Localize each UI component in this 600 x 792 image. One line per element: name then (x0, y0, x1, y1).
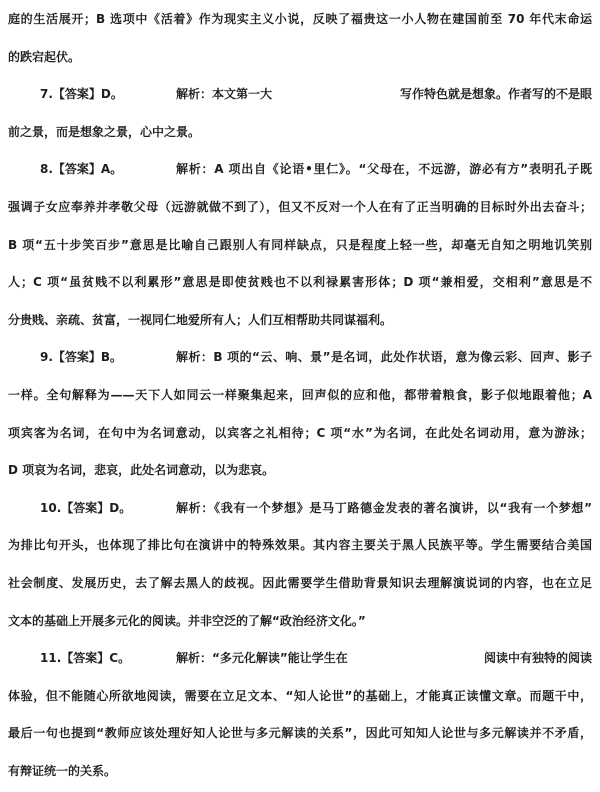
body-text: 有辩证统一的关系。 (8, 764, 116, 778)
text-line: 人；C 项“虽贫贱不以利累形”意思是即使贫贱也不以利禄累害形体；D 项“兼相爱，… (8, 264, 592, 302)
answer-label: 9.【答案】B。 (40, 339, 176, 377)
body-text: 为排比句开头，也体现了排比句在演讲中的特殊效果。其内容主要关于黑人民族平等。学生… (8, 538, 592, 552)
document-page: 庭的生活展开；B 选项中《活着》作为现实主义小说，反映了福贵这一小人物在建国前至… (0, 0, 600, 790)
text-line: 10.【答案】D。解析：《我有一个梦想》是马丁路德金发表的著名演讲，以“我有一个… (8, 490, 592, 528)
body-text: B 项“五十步笑百步”意思是比喻自己跟别人有同样缺点，只是程度上轻一些，却毫无自… (8, 238, 592, 252)
text-line: D 项哀为名词，悲哀，此处名词意动，以为悲哀。 (8, 452, 592, 490)
text-line: 11.【答案】C。解析：“多元化解读”能让学生在阅读中有独特的阅读 (8, 640, 592, 678)
body-text: 的跌宕起伏。 (8, 50, 80, 64)
answer-label: 10.【答案】D。 (40, 490, 176, 528)
text-line: 一样。全句解释为——天下人如同云一样聚集起来，回声似的应和他，都带着粮食，影子似… (8, 377, 592, 415)
body-text: 庭的生活展开；B 选项中《活着》作为现实主义小说，反映了福贵这一小人物在建国前至… (8, 12, 592, 26)
text-line: 项宾客为名词，在句中为名词意动，以宾客之礼相待；C 项“水”为名词，在此处名词动… (8, 415, 592, 453)
answer-label: 8.【答案】A。 (40, 151, 176, 189)
body-text: 文本的基础上开展多元化的阅读。并非空泛的了解“政治经济文化。” (8, 614, 366, 628)
body-text: 社会制度、发展历史，去了解去黑人的歧视。因此需要学生借助背景知识去理解演说词的内… (8, 576, 592, 590)
text-line: 社会制度、发展历史，去了解去黑人的歧视。因此需要学生借助背景知识去理解演说词的内… (8, 565, 592, 603)
body-text: 前之景，而是想象之景，心中之景。 (8, 125, 200, 139)
analysis-text: 阅读中有独特的阅读 (484, 640, 592, 678)
body-text: 一样。全句解释为——天下人如同云一样聚集起来，回声似的应和他，都带着粮食，影子似… (8, 388, 592, 402)
text-line: 8.【答案】A。解析：A 项出自《论语•里仁》。“父母在，不远游，游必有方”表明… (8, 151, 592, 189)
analysis-text: 解析：本文第一大 (176, 76, 272, 114)
text-line: 最后一句也提到“教师应该处理好知人论世与多元解读的关系”，因此可知知人论世与多元… (8, 715, 592, 753)
text-line: 体验，但不能随心所欲地阅读，需要在立足文本、“知人论世”的基础上，才能真正读懂文… (8, 678, 592, 716)
text-line: 强调子女应奉养并孝敬父母（远游就做不到了），但又不反对一个人在有了正当明确的目标… (8, 189, 592, 227)
text-line: 7.【答案】D。解析：本文第一大写作特色就是想象。作者写的不是眼 (8, 76, 592, 114)
body-text: 项宾客为名词，在句中为名词意动，以宾客之礼相待；C 项“水”为名词，在此处名词动… (8, 426, 592, 440)
text-line: 前之景，而是想象之景，心中之景。 (8, 114, 592, 152)
body-text: 体验，但不能随心所欲地阅读，需要在立足文本、“知人论世”的基础上，才能真正读懂文… (8, 689, 592, 703)
text-line: 分贵贱、亲疏、贫富，一视同仁地爱所有人；人们互相帮助共同谋福利。 (8, 302, 592, 340)
analysis-text: 写作特色就是想象。作者写的不是眼 (400, 76, 592, 114)
analysis-text: 解析：A 项出自《论语•里仁》。“父母在，不远游，游必有方”表明孔子既 (176, 151, 592, 189)
answer-label: 7.【答案】D。 (40, 76, 176, 114)
body-text: 人；C 项“虽贫贱不以利累形”意思是即使贫贱也不以利禄累害形体；D 项“兼相爱，… (8, 275, 592, 289)
analysis-text: 解析：“多元化解读”能让学生在 (176, 640, 348, 678)
body-text: 强调子女应奉养并孝敬父母（远游就做不到了），但又不反对一个人在有了正当明确的目标… (8, 200, 592, 214)
text-line: 庭的生活展开；B 选项中《活着》作为现实主义小说，反映了福贵这一小人物在建国前至… (8, 1, 592, 39)
text-line: 文本的基础上开展多元化的阅读。并非空泛的了解“政治经济文化。” (8, 603, 592, 641)
text-line: B 项“五十步笑百步”意思是比喻自己跟别人有同样缺点，只是程度上轻一些，却毫无自… (8, 227, 592, 265)
analysis-text: 解析：B 项的“云、响、景”是名词，此处作状语，意为像云彩、回声、影子 (176, 339, 592, 377)
analysis-text: 解析：《我有一个梦想》是马丁路德金发表的著名演讲，以“我有一个梦想” (176, 490, 592, 528)
text-line: 为排比句开头，也体现了排比句在演讲中的特殊效果。其内容主要关于黑人民族平等。学生… (8, 527, 592, 565)
body-text: 分贵贱、亲疏、贫富，一视同仁地爱所有人；人们互相帮助共同谋福利。 (8, 313, 392, 327)
text-line: 9.【答案】B。解析：B 项的“云、响、景”是名词，此处作状语，意为像云彩、回声… (8, 339, 592, 377)
answer-label: 11.【答案】C。 (40, 640, 176, 678)
text-line: 有辩证统一的关系。 (8, 753, 592, 791)
body-text: 最后一句也提到“教师应该处理好知人论世与多元解读的关系”，因此可知知人论世与多元… (8, 726, 592, 740)
body-text: D 项哀为名词，悲哀，此处名词意动，以为悲哀。 (8, 463, 274, 477)
document-body: 庭的生活展开；B 选项中《活着》作为现实主义小说，反映了福贵这一小人物在建国前至… (8, 1, 592, 790)
text-line: 的跌宕起伏。 (8, 39, 592, 77)
